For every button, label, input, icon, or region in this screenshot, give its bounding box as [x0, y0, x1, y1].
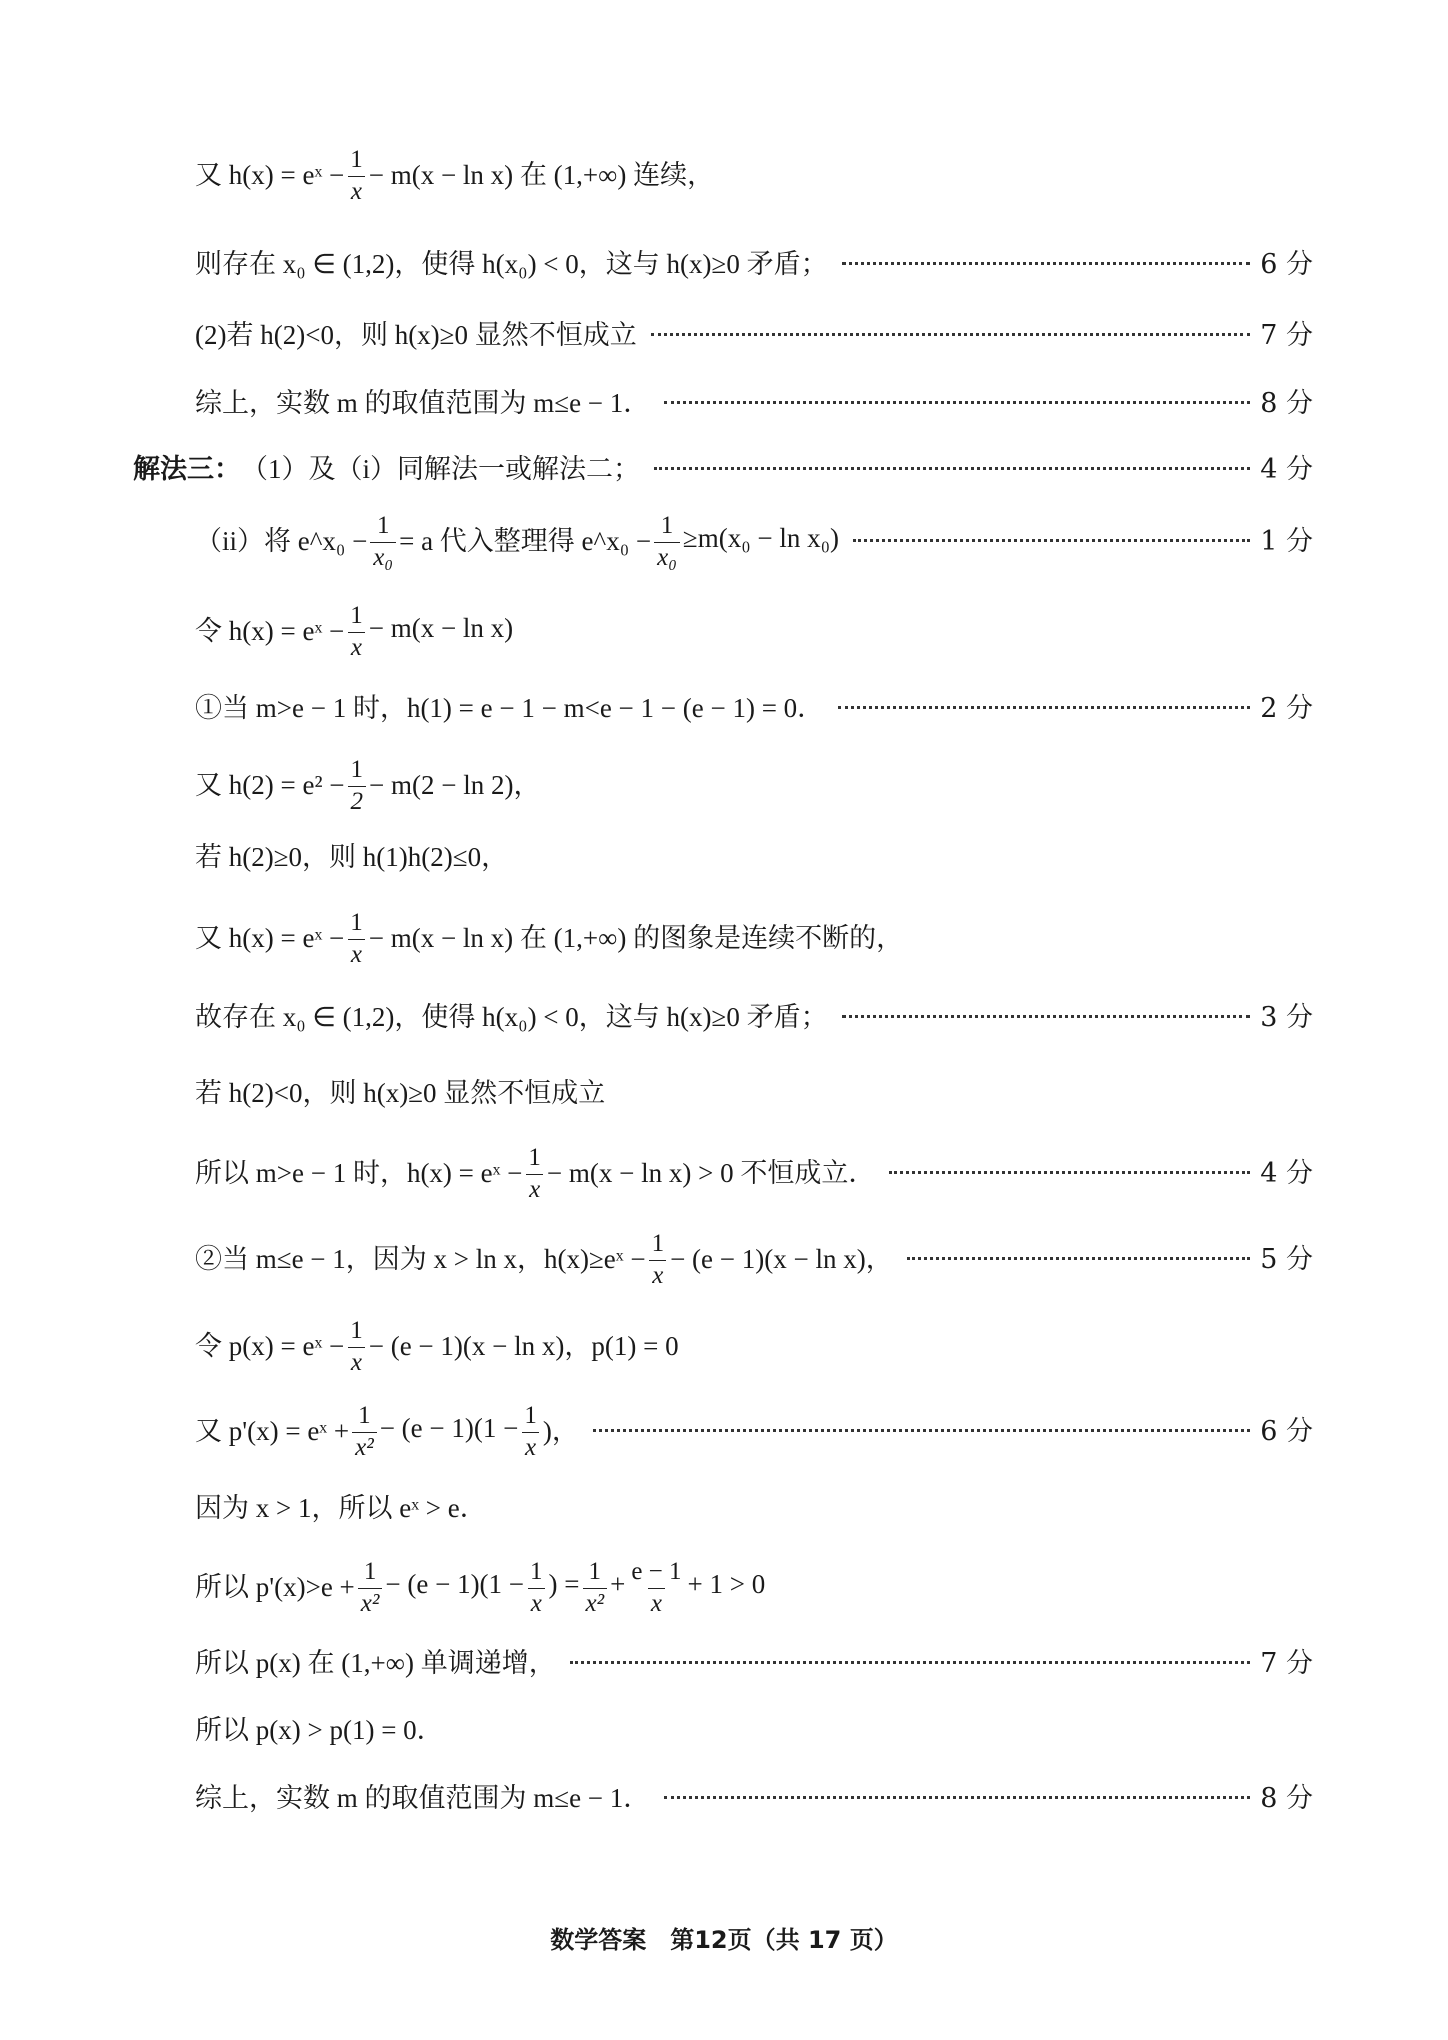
text-line: ②当 m≤e − 1，因为 x > ln x，h(x)≥eˣ − 1x − (e… [195, 1226, 1313, 1286]
score-label: 4 分 [1260, 447, 1313, 486]
text-line: 综上，实数 m 的取值范围为 m≤e − 1． 8 分 [195, 1765, 1313, 1825]
line-text: − m(x − ln x) 在 (1,+∞) 连续， [369, 153, 714, 192]
fraction: 1x² [583, 1559, 608, 1617]
line-text: ≥m(x₀ − ln x₀) [683, 523, 839, 554]
fraction: 1x [347, 603, 366, 661]
dotted-leader [651, 333, 1250, 336]
line-text: 综上，实数 m 的取值范围为 m≤e − 1． [195, 1776, 650, 1815]
score-label: 7 分 [1260, 313, 1313, 352]
text-line: 又 p'(x) = eˣ + 1x² − (e − 1)(1 − 1x )， 6… [195, 1398, 1313, 1458]
line-text: 故存在 x₀ ∈ (1,2)，使得 h(x₀) < 0，这与 h(x)≥0 矛盾… [195, 995, 828, 1034]
method-heading: 解法三： [133, 447, 241, 486]
line-text: )， [543, 1409, 579, 1448]
line-text: （1）及（i）同解法一或解法二； [241, 447, 640, 486]
line-text: 因为 x > 1，所以 eˣ > e． [195, 1486, 487, 1525]
score-label: 3 分 [1260, 995, 1313, 1034]
dotted-leader [593, 1429, 1250, 1432]
text-line: 则存在 x₀ ∈ (1,2)，使得 h(x₀) < 0，这与 h(x)≥0 矛盾… [195, 231, 1313, 291]
dotted-leader [838, 706, 1250, 709]
score-label: 6 分 [1260, 242, 1313, 281]
score-label: 5 分 [1260, 1237, 1313, 1276]
text-line: 令 p(x) = eˣ − 1x − (e − 1)(x − ln x)，p(1… [195, 1313, 1313, 1373]
score-label: 8 分 [1260, 381, 1313, 420]
line-text: 所以 p(x) 在 (1,+∞) 单调递增， [195, 1641, 556, 1680]
line-text: ①当 m>e − 1 时，h(1) = e − 1 − m<e − 1 − (e… [195, 686, 824, 725]
text-line: 故存在 x₀ ∈ (1,2)，使得 h(x₀) < 0，这与 h(x)≥0 矛盾… [195, 984, 1313, 1044]
line-text: − (e − 1)(x − ln x)， [670, 1237, 893, 1276]
text-line: 又 h(2) = e² − 12 − m(2 − ln 2)， [195, 752, 1313, 812]
dotted-leader [889, 1171, 1250, 1174]
fraction: 12 [348, 757, 367, 815]
score-label: 2 分 [1260, 686, 1313, 725]
line-text: 综上，实数 m 的取值范围为 m≤e − 1． [195, 381, 650, 420]
text-line: (2)若 h(2)<0，则 h(x)≥0 显然不恒成立 7 分 [195, 302, 1313, 362]
text-line: 若 h(2)≥0，则 h(1)h(2)≤0， [195, 824, 1313, 884]
line-text: 所以 m>e − 1 时，h(x) = eˣ − [195, 1151, 522, 1190]
fraction: 1x₀ [654, 513, 680, 571]
line-text: 令 p(x) = eˣ − [195, 1324, 344, 1363]
dotted-leader [654, 467, 1250, 470]
fraction: 1x [347, 1318, 366, 1376]
text-line: 综上，实数 m 的取值范围为 m≤e − 1． 8 分 [195, 370, 1313, 430]
line-text: 若 h(2)≥0，则 h(1)h(2)≤0， [195, 835, 508, 874]
dotted-leader [842, 1015, 1251, 1018]
dotted-leader [664, 401, 1250, 404]
line-text: − m(x − ln x) > 0 不恒成立． [547, 1151, 875, 1190]
line-text: + [610, 1569, 625, 1600]
fraction: 1x [521, 1403, 540, 1461]
text-line: 又 h(x) = eˣ − 1x − m(x − ln x) 在 (1,+∞) … [195, 905, 1313, 965]
text-line: 令 h(x) = eˣ − 1x − m(x − ln x) [195, 598, 1313, 658]
fraction: 1x [347, 147, 366, 205]
line-text: 又 h(x) = eˣ − [195, 153, 344, 192]
fraction: 1x² [352, 1403, 377, 1461]
dotted-leader [907, 1257, 1251, 1260]
text-line: 所以 p(x) > p(1) = 0． [195, 1697, 1313, 1757]
line-text: − (e − 1)(1 − [385, 1569, 524, 1600]
line-text: − m(x − ln x) [369, 613, 513, 644]
line-text: − m(2 − ln 2)， [369, 763, 540, 802]
fraction: 1x² [358, 1559, 383, 1617]
dotted-leader [853, 539, 1250, 542]
line-text: = a 代入整理得 e^x₀ − [399, 519, 651, 558]
line-text: − (e − 1)(x − ln x)，p(1) = 0 [369, 1324, 679, 1363]
line-text: ②当 m≤e − 1，因为 x > ln x，h(x)≥eˣ − [195, 1237, 646, 1276]
text-line: 所以 p'(x)>e + 1x² − (e − 1)(1 − 1x ) = 1x… [195, 1554, 1313, 1614]
text-line: 因为 x > 1，所以 eˣ > e． [195, 1475, 1313, 1535]
line-text: (2)若 h(2)<0，则 h(x)≥0 显然不恒成立 [195, 313, 637, 352]
score-label: 1 分 [1260, 519, 1313, 558]
line-text: − m(x − ln x) 在 (1,+∞) 的图象是连续不断的， [369, 916, 903, 955]
score-label: 8 分 [1260, 1776, 1313, 1815]
method-heading-line: 解法三： （1）及（i）同解法一或解法二； 4 分 [133, 436, 1313, 496]
line-text: （ii）将 e^x₀ − [195, 519, 367, 558]
fraction: 1x [347, 910, 366, 968]
fraction: 1x [525, 1145, 544, 1203]
score-label: 4 分 [1260, 1151, 1313, 1190]
line-text: 所以 p'(x)>e + [195, 1565, 355, 1604]
score-label: 7 分 [1260, 1641, 1313, 1680]
line-text: − (e − 1)(1 − [380, 1413, 519, 1444]
text-line: 又 h(x) = eˣ − 1x − m(x − ln x) 在 (1,+∞) … [195, 142, 1313, 202]
text-line: ①当 m>e − 1 时，h(1) = e − 1 − m<e − 1 − (e… [195, 675, 1313, 735]
fraction: 1x₀ [370, 513, 396, 571]
text-line: （ii）将 e^x₀ − 1x₀ = a 代入整理得 e^x₀ − 1x₀ ≥m… [195, 508, 1313, 568]
line-text: 又 h(x) = eˣ − [195, 916, 344, 955]
line-text: 所以 p(x) > p(1) = 0． [195, 1708, 444, 1747]
text-line: 若 h(2)<0，则 h(x)≥0 显然不恒成立 [195, 1060, 1313, 1120]
text-line: 所以 m>e − 1 时，h(x) = eˣ − 1x − m(x − ln x… [195, 1140, 1313, 1200]
line-text: 又 h(2) = e² − [195, 763, 345, 802]
dotted-leader [664, 1796, 1250, 1799]
fraction: 1x [527, 1559, 546, 1617]
dotted-leader [842, 262, 1251, 265]
fraction: e − 1x [628, 1559, 684, 1617]
fraction: 1x [649, 1231, 668, 1289]
page-footer: 数学答案 第12页（共 17 页） [0, 1920, 1448, 1955]
line-text: 则存在 x₀ ∈ (1,2)，使得 h(x₀) < 0，这与 h(x)≥0 矛盾… [195, 242, 828, 281]
line-text: 令 h(x) = eˣ − [195, 609, 344, 648]
dotted-leader [570, 1661, 1251, 1664]
line-text: + 1 > 0 [688, 1569, 766, 1600]
line-text: 又 p'(x) = eˣ + [195, 1409, 349, 1448]
score-label: 6 分 [1260, 1409, 1313, 1448]
text-line: 所以 p(x) 在 (1,+∞) 单调递增， 7 分 [195, 1630, 1313, 1690]
line-text: ) = [549, 1569, 580, 1600]
line-text: 若 h(2)<0，则 h(x)≥0 显然不恒成立 [195, 1071, 605, 1110]
